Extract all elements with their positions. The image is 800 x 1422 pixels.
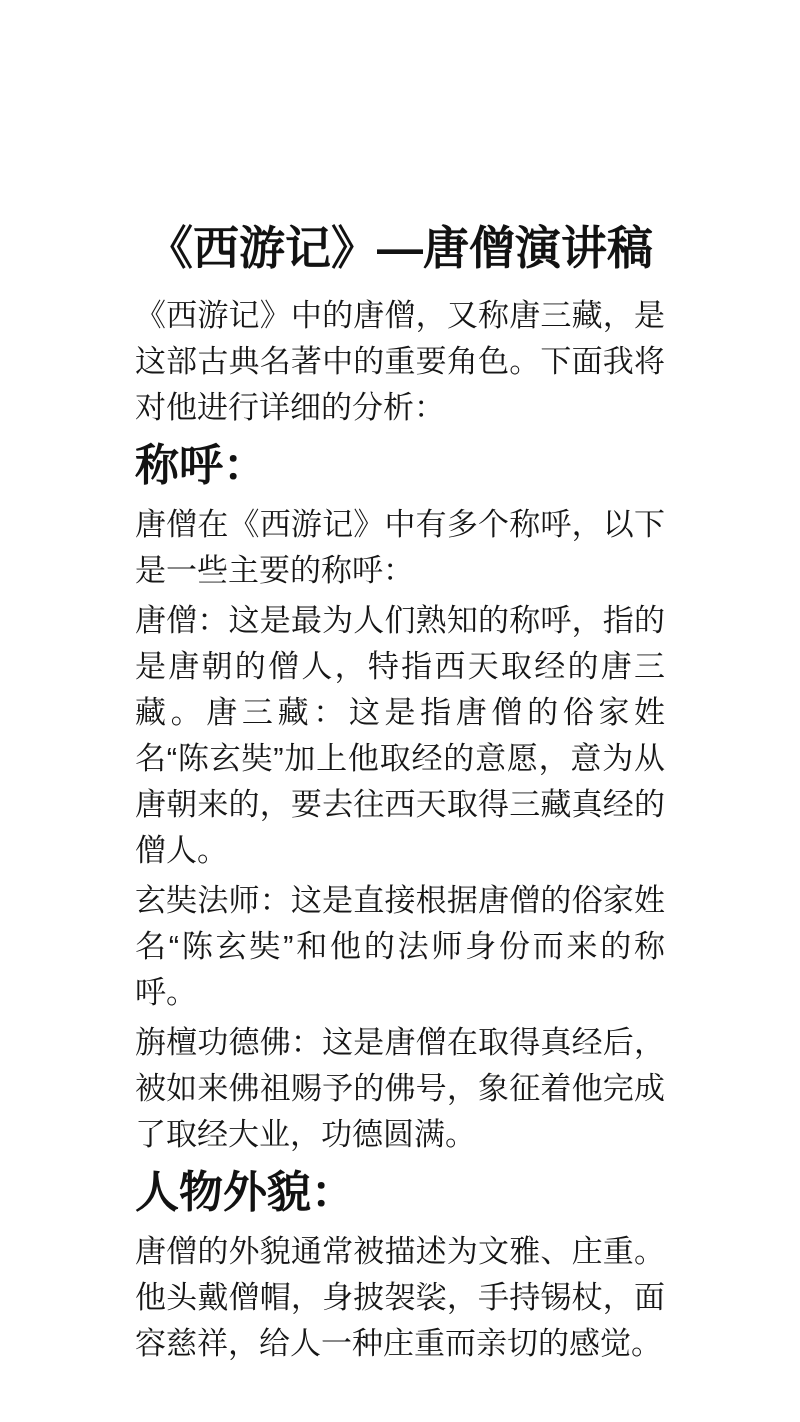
section-heading-names: 称呼： (135, 439, 665, 492)
names-paragraph-xuanzang-fashi: 玄奘法师：这是直接根据唐僧的俗家姓名“陈玄奘”和他的法师身份而来的称呼。 (135, 878, 665, 1016)
intro-paragraph: 《西游记》中的唐僧，又称唐三藏，是这部古典名著中的重要角色。下面我将对他进行详细… (135, 293, 665, 431)
names-paragraph-overview: 唐僧在《西游记》中有多个称呼，以下是一些主要的称呼： (135, 502, 665, 594)
appearance-paragraph: 唐僧的外貌通常被描述为文雅、庄重。他头戴僧帽，身披袈裟，手持锡杖，面容慈祥，给人… (135, 1229, 665, 1367)
names-paragraph-zhantan-gongdefo: 旃檀功德佛：这是唐僧在取得真经后，被如来佛祖赐予的佛号，象征着他完成了取经大业，… (135, 1020, 665, 1158)
section-heading-appearance: 人物外貌： (135, 1166, 665, 1219)
document-title: 《西游记》—唐僧演讲稿 (135, 222, 665, 275)
document-page: 《西游记》—唐僧演讲稿 《西游记》中的唐僧，又称唐三藏，是这部古典名著中的重要角… (0, 0, 800, 1422)
names-paragraph-tangseng-tangsanzang: 唐僧：这是最为人们熟知的称呼，指的是唐朝的僧人，特指西天取经的唐三藏。唐三藏：这… (135, 598, 665, 874)
document-content: 《西游记》—唐僧演讲稿 《西游记》中的唐僧，又称唐三藏，是这部古典名著中的重要角… (135, 222, 665, 1371)
